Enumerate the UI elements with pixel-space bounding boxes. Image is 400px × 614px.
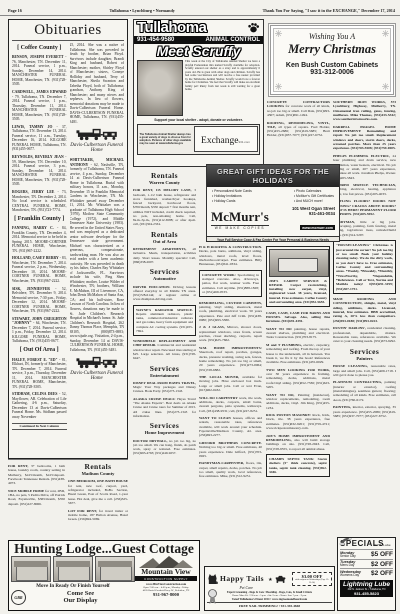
building-photos [11,556,135,582]
classified-ad: W.M. HOME IMPROVEMENTS: Sheetrock, roof … [199,346,262,372]
callout-line-1: Come See [26,590,135,597]
supplier-phone: 931-967-8000 [135,592,197,597]
classified-ad: RETIRED SERVICE TECHNICIAN, plumbing, el… [333,183,396,196]
obituaries-section: Obituaries [ Coffee County ]BENSON, JOSE… [8,19,128,459]
dog-photo [137,60,183,116]
classified-ad: RICK POSTON MASONRY: Rock, brick, block,… [266,413,330,430]
obituary-entry: LEWIS, TAMMY JO - 37, Tullahoma, TN. Dec… [12,125,67,152]
classified-ad: REMODELING, CUSTOM CABINETS, painting, v… [199,301,262,323]
brand-wordmark: McMurr's [211,209,269,225]
ad-headline: Hunting Lodge...Guest Cottage [9,541,199,556]
section-title: Services [133,421,196,430]
boxed-classified-ad: JIM'S CARPET SERVICE & REPAIR. Carpet re… [266,246,330,307]
list-item: • Holiday Cards [212,199,252,204]
coupon-terms: with coupon on Wednesdays (Exp. 12-31-14… [295,579,329,584]
classified-ad: WINDSHIELD REPLACEMENT AND CHIP REPAIR. … [133,339,196,360]
offer-label: Womens Day [340,574,361,578]
classified-ad: GIFFORD BROTHERS CONCRETE. Nothing too b… [199,441,262,458]
snowflake-icon [275,30,282,37]
obituaries-column-2: 25, 2014. She was a native of Tullahoma.… [70,43,125,457]
section-subtitle: Warren County [133,180,196,186]
snowflake-icon [382,83,389,90]
business-name: Lightning Lube [340,581,393,588]
train-icon [75,355,119,369]
support-line: Support your local shelter - adopt, dona… [134,118,263,122]
ad-callout: GBR Come See Our Display [11,590,135,605]
classified-ad: THE LOCAL MOVER, available for moving jo… [199,375,262,392]
callout-line-2: Our Display [26,597,135,604]
award-line: Voted Tullahoma's Finest 2014 • www.tngr… [207,597,332,601]
supplier-subtitle: CONSTRUCTION SUPPLY [135,576,197,581]
county-header: [ Franklin County ] [12,216,67,223]
classified-ad: ROOFING, REMODELING, VINYL, TILE, all ty… [267,121,330,138]
offer-label: Mens Day [340,564,355,568]
gift-list-right: • Photo Calendars • McMurr's Gift Certif… [294,189,334,204]
special-offer-row: Wednesday Womens Day $2 OFF [340,568,393,578]
obituaries-columns: [ Coffee County ]BENSON, JOSEPH EVERETT … [12,43,124,457]
section-title: Rentals [133,230,196,239]
offer-day-block: Monday Senior Day [340,551,356,559]
offer-discount: $2 OFF [371,561,393,568]
brand-subtitle: Pet Care [220,586,273,590]
section-header: RentalsWarren County [133,171,196,186]
county-header: [ Out Of Area ] [12,347,67,354]
supplier-wordmark: Mountain View [135,568,197,576]
classified-column-5-bottom: JIM'S CARPET SERVICE & REPAIR. Carpet re… [266,246,330,563]
classified-column-3: RentalsWarren CountyFOR RENT, 115 MELODY… [133,170,196,538]
section-subtitle: Automotive [133,276,196,282]
classified-ad: PAINTING, interior, exterior, spraying, … [333,405,396,418]
classified-ad: ALASKA CRUISE DEALS: Hayes Travel "The A… [133,397,196,418]
classified-column-1-bottom: FOR RENT, 3+ bedrooms, 1 bath house, lau… [8,464,65,538]
funeral-home-name: Davis-Culbertson Funeral Home [70,371,125,382]
award-ribbon-icon [208,589,217,605]
section-header: RentalsMadison County [68,462,128,477]
classified-ad: HANDYMAN, little or big jobs. Landscapin… [333,220,396,237]
mountain-view-block: Mountain View CONSTRUCTION SUPPLY www.Mt… [135,556,197,605]
boxed-classified-ad: CHAMPS SEPTIC TANK: Storm shelters (5" t… [266,454,330,477]
city-wordmark: Tullahoma [134,20,263,36]
obituary-entry: SISK, JENNIEFFER - 52, Belvidere, TN. De… [12,287,67,314]
ad-header: Tullahoma [134,20,263,36]
classified-ad: FOR RENT, 3+ bedrooms, 1 bath house, lau… [8,464,65,486]
offer-discount: $2 OFF [371,570,393,577]
exchange-wordmark: Exchange [201,136,238,146]
classified-ad: LOT FOR RENT, for travel trailer or mobi… [68,509,128,522]
section-header: ServicesAutomotive [133,267,196,282]
offer-day-block: Wednesday Womens Day [340,570,361,578]
section-subtitle: Painters [333,356,396,362]
obituary-entry: WHITTAKER, MICHAEL ANTHONY - 62, Nashvil… [70,158,125,352]
building-photo [95,556,135,582]
funeral-home-name: Davis-Culbertson Funeral Home [70,143,125,154]
obituary-entry: HALEY, FOREST E. "ED" - 81, Elkhart, IN,… [12,358,67,390]
contact-block: 101 West Ogan Street 931-461-0034 www.mc… [292,206,335,234]
section-subtitle: Entertainment [133,373,196,379]
ad-footer: The Tullahoma Animal Shelter always has … [137,124,260,155]
classified-ad: DISNEY DEAL FROM HAYES TRAVEL, Magic You… [133,381,196,394]
obituary-entry: REYNOLDS, BEVERLY JEAN - 59, Manchester,… [12,155,67,187]
classified-column-6: SOUTHERN IRON WORKS, 573 Lynchburg Highw… [333,100,396,536]
exchange-logo: Exchange931.com [194,126,258,152]
obituary-entry: ROGERS, JERRY LEE - 73, Manchester, TN. … [12,190,67,213]
section-subtitle: Out of Area [133,239,196,245]
classified-ad: CONCRETE CONTRACTORS LOOKING for concret… [267,100,330,117]
classified-ad: PHELPS PLUMBING ELECTRIC, 24 hour plumbi… [333,154,396,180]
gift-idea-lists: • Personalized Note Cards • Holiday Invi… [207,187,339,206]
list-item: • And MUCH more! [294,199,334,204]
van-photo [269,249,329,277]
offer-discount: $5 OFF [371,551,393,558]
classified-ad: WANT TO CLEAN houses, offices and rental… [199,416,262,438]
classified-ad: TWO MEN LOOKING FOR WORK, over 30 years … [266,368,330,390]
classified-ad: DARRELL PRAGEL HOME IMPROVEMENT: Remodel… [333,125,396,151]
ad-banner: GREAT GIFT IDEAS FOR THE HOLIDAYS [207,165,339,187]
santa-hat-icon [339,537,352,545]
classified-ad: JOE'S HOME IMPROVEMENT AND REMODELING, a… [266,434,330,451]
ad-headline: Meet Scruffy [134,44,263,59]
offer-day-block: Tuesday Mens Day [340,560,355,568]
brand-block: McMurr's WE MAKE COPIES [211,209,269,230]
classified-ad: WANT TO DO, Painting (inside/out), windo… [266,393,330,410]
brand-block: Happy Tails ★ Pet Care [220,568,273,590]
section-subtitle: Home Improvement [133,430,196,436]
offer-phone-line: FREE NAIL TRIMMING! • 931-393-4848 [207,602,332,608]
section-title: Rentals [68,462,128,471]
star-icon: ★ [268,578,272,583]
business-phone: 931-455-5823 [340,591,393,596]
classified-ad: FOR RENT, 115 MELODY LANE, 3 bedroom, 1-… [133,188,196,226]
classified-ad: HANDYMAN-CARPENTER, floors, tile, carpet… [199,461,262,478]
obituaries-column-1: [ Coffee County ]BENSON, JOSEPH EVERETT … [12,43,67,457]
classified-ad: DRIVER EDUCATION. Driving lessons offere… [133,285,196,302]
ad-footer-line: Your Full Service Copy & Fax Center For … [207,236,339,242]
classified-ad: J & J GLASS, Mirrors, shower doors, repl… [199,325,262,342]
animal-shelter-ad: Tullahoma 931-454-9580 ANIMAL CONTROL Me… [133,19,264,167]
buildings-block: Move In Ready Or Finish Yourself GBR Com… [11,556,135,605]
obituary-entry: BENSON, JOSEPH EVERETT - 76, Manchester,… [12,55,67,87]
county-header: [ Coffee County ] [12,45,67,52]
classified-ad: PLATINUM CONTRACTING, painting (interior… [333,380,396,402]
gift-list-left: • Personalized Note Cards • Holiday Invi… [212,189,252,204]
classified-ad: SETTLING FLOORS? DOORS NOT CLOSING? CRAC… [333,199,396,216]
specials-note: Oil & Lube [374,541,391,551]
obituary-entry: HOLLAND, CASEY BERRY - 83, Winchester, T… [12,256,67,283]
classified-ad: HOUSE CLEANING, reasonable rates, large … [333,364,396,377]
come-see-block: Come See Our Display [26,590,135,604]
snowflake-icon [275,83,282,90]
ad-tagline: Move In Ready Or Finish Yourself [11,584,135,589]
masthead-tagline: Thank You For Saying, "I saw it in the E… [263,8,395,13]
section-title: Services [333,347,396,356]
mcmurrs-copy-shop-ad: GREAT GIFT IDEAS FOR THE HOLIDAYS • Pers… [206,164,340,242]
obituary-continuation: 25, 2014. She was a native of Tullahoma.… [70,43,125,124]
advertiser-phone: 931-312-0006 [271,69,393,76]
classified-ad: CASH, CASH, CASH FOR BARNS AND HOUSES. S… [266,311,330,324]
obituaries-title: Obituaries [12,22,124,41]
boxed-classified-ad: "HOUSECLEANING" Christmas is just around… [333,240,396,294]
shelter-note: The Tullahoma Animal Shelter always has … [140,133,192,145]
classified-ad: M and T PLUMBING, electric, carpentry, r… [266,343,330,365]
website-url: www.mcmurr.com [300,225,335,230]
masthead: Page 16 Tullahoma • Lynchburg • Normandy… [0,0,400,14]
classified-ad: H & H ROOFING & CONSTRUCTION. Decks, pol… [199,245,262,267]
section-header: RentalsOut of Area [133,230,196,245]
section-header: ServicesPainters [333,347,396,362]
ad-copy: This week at the City of Tullahoma Anima… [185,60,260,116]
brand-slogan: WE MAKE COPIES [211,225,269,230]
classified-column-4: H & H ROOFING & CONSTRUCTION. Decks, pol… [199,245,262,563]
scottie-dog-icon [275,573,286,585]
obituary-entry: FANNING, HARRY C. - 84, Franklin County,… [12,226,67,253]
masthead-rule [0,15,400,16]
continued-note: Continued In Next Column [12,423,67,430]
offer-label: Senior Day [340,555,356,559]
business-banner: Lightning Lube 402 N. Jackson St. • Tull… [340,580,393,598]
section-title: Services [133,267,196,276]
section-title: Services [133,364,196,373]
funeral-home-logo: Davis-Culbertson Funeral Home [70,355,125,382]
classified-ad: DOCTOR DRYWALL, no job too big, no job t… [133,439,196,456]
masthead-region: Tullahoma • Lynchburg • Normandy [110,8,175,13]
classified-ad: RETIREMENT APARTMENTS, all inclusive. Me… [133,247,196,264]
classified-column-2-bottom: RentalsMadison CountyONE BEDROOM, ONE BA… [68,461,128,538]
ad-body: This week at the City of Tullahoma Anima… [134,59,263,117]
specials-title: SPECIALS Oil & Lube [340,539,393,549]
obituary-entry: CARDWELL, JAMES EDWARD - 79, Tullahoma, … [12,90,67,122]
obituary-entry: STEWART, JOHN CREIGHTON "JOHNNY" - 64, W… [12,317,67,344]
train-icon [75,127,119,141]
obituary-entry: STIDHAM, CELINA DEES - 52, Mayflower, AR… [12,392,67,419]
snowflake-icon [382,30,389,37]
greeting-line-1: Wishing You A [271,32,393,41]
lightning-lube-specials-ad: SPECIALS Oil & Lube Monday Senior Day $5… [337,537,396,611]
section-divider [8,459,128,460]
hunting-lodge-ad: Hunting Lodge...Guest Cottage Move In Re… [8,540,200,611]
building-photo [53,556,93,582]
company-monogram: GBR [11,590,26,605]
section-header: ServicesEntertainment [133,364,196,379]
special-offer-row: Tuesday Mens Day $2 OFF [340,559,393,569]
building-photo [11,556,51,582]
christmas-greeting-ad: Wishing You A Merry Christmas Ken Bush C… [268,23,396,97]
section-header: ServicesHome Improvement [133,421,196,436]
funeral-home-logo: Davis-Culbertson Funeral Home [70,127,125,154]
brand-wordmark: Happy Tails [220,574,264,583]
classified-ad: WILL DO CARPENTRY work, tile work, addit… [199,396,262,413]
section-subtitle: Madison County [68,471,128,477]
greeting-line-2: Merry Christmas [271,42,393,57]
cat-icon [207,573,218,585]
advertiser-name: Ken Bush Custom Cabinets [271,62,393,69]
section-title: Rentals [133,171,196,180]
happy-tails-pet-care-ad: Happy Tails ★ Pet Care $3.00 OFF with co… [204,566,335,611]
classified-ad: ONE BEDROOM, ONE BATH HOUSE for rent, ne… [68,479,128,505]
phone-number: 931-461-0034 [292,211,335,216]
ad-header: Happy Tails ★ Pet Care $3.00 OFF with co… [207,568,332,590]
classified-ad: DUSTIN' DARLINS', residential cleaning, … [333,326,396,343]
classified-ad: WANT TO DO painting, house repairs, cust… [266,327,330,340]
brand-row: McMurr's WE MAKE COPIES 101 West Ogan St… [207,206,339,234]
paw-icon [247,21,260,34]
ad-body: Move In Ready Or Finish Yourself GBR Com… [9,556,199,605]
coupon-box: $3.00 OFF with coupon on Wednesdays (Exp… [292,572,332,586]
boxed-classified-ad: WAYNE'S RADIATOR SERVICE. Repairs alumin… [133,305,196,336]
newspaper-page: Page 16 Tullahoma • Lynchburg • Normandy… [0,0,400,614]
page-number: Page 16 [8,8,22,13]
classified-column-5-top: CONCRETE CONTRACTORS LOOKING for concret… [267,100,330,164]
classified-ad: NICE MOBILE HOME for rent, 2BD, 1BA, no … [8,489,65,506]
exchange-suffix: 931.com [238,140,250,144]
boxed-classified-ad: CONCRETE WORK: Specializing in stamped c… [199,270,262,298]
classified-ad: M&M ROOFING AND CONSTRUCTION, shingle, m… [333,297,396,323]
classified-ad: SOUTHERN IRON WORKS, 573 Lynchburg Highw… [333,100,396,122]
